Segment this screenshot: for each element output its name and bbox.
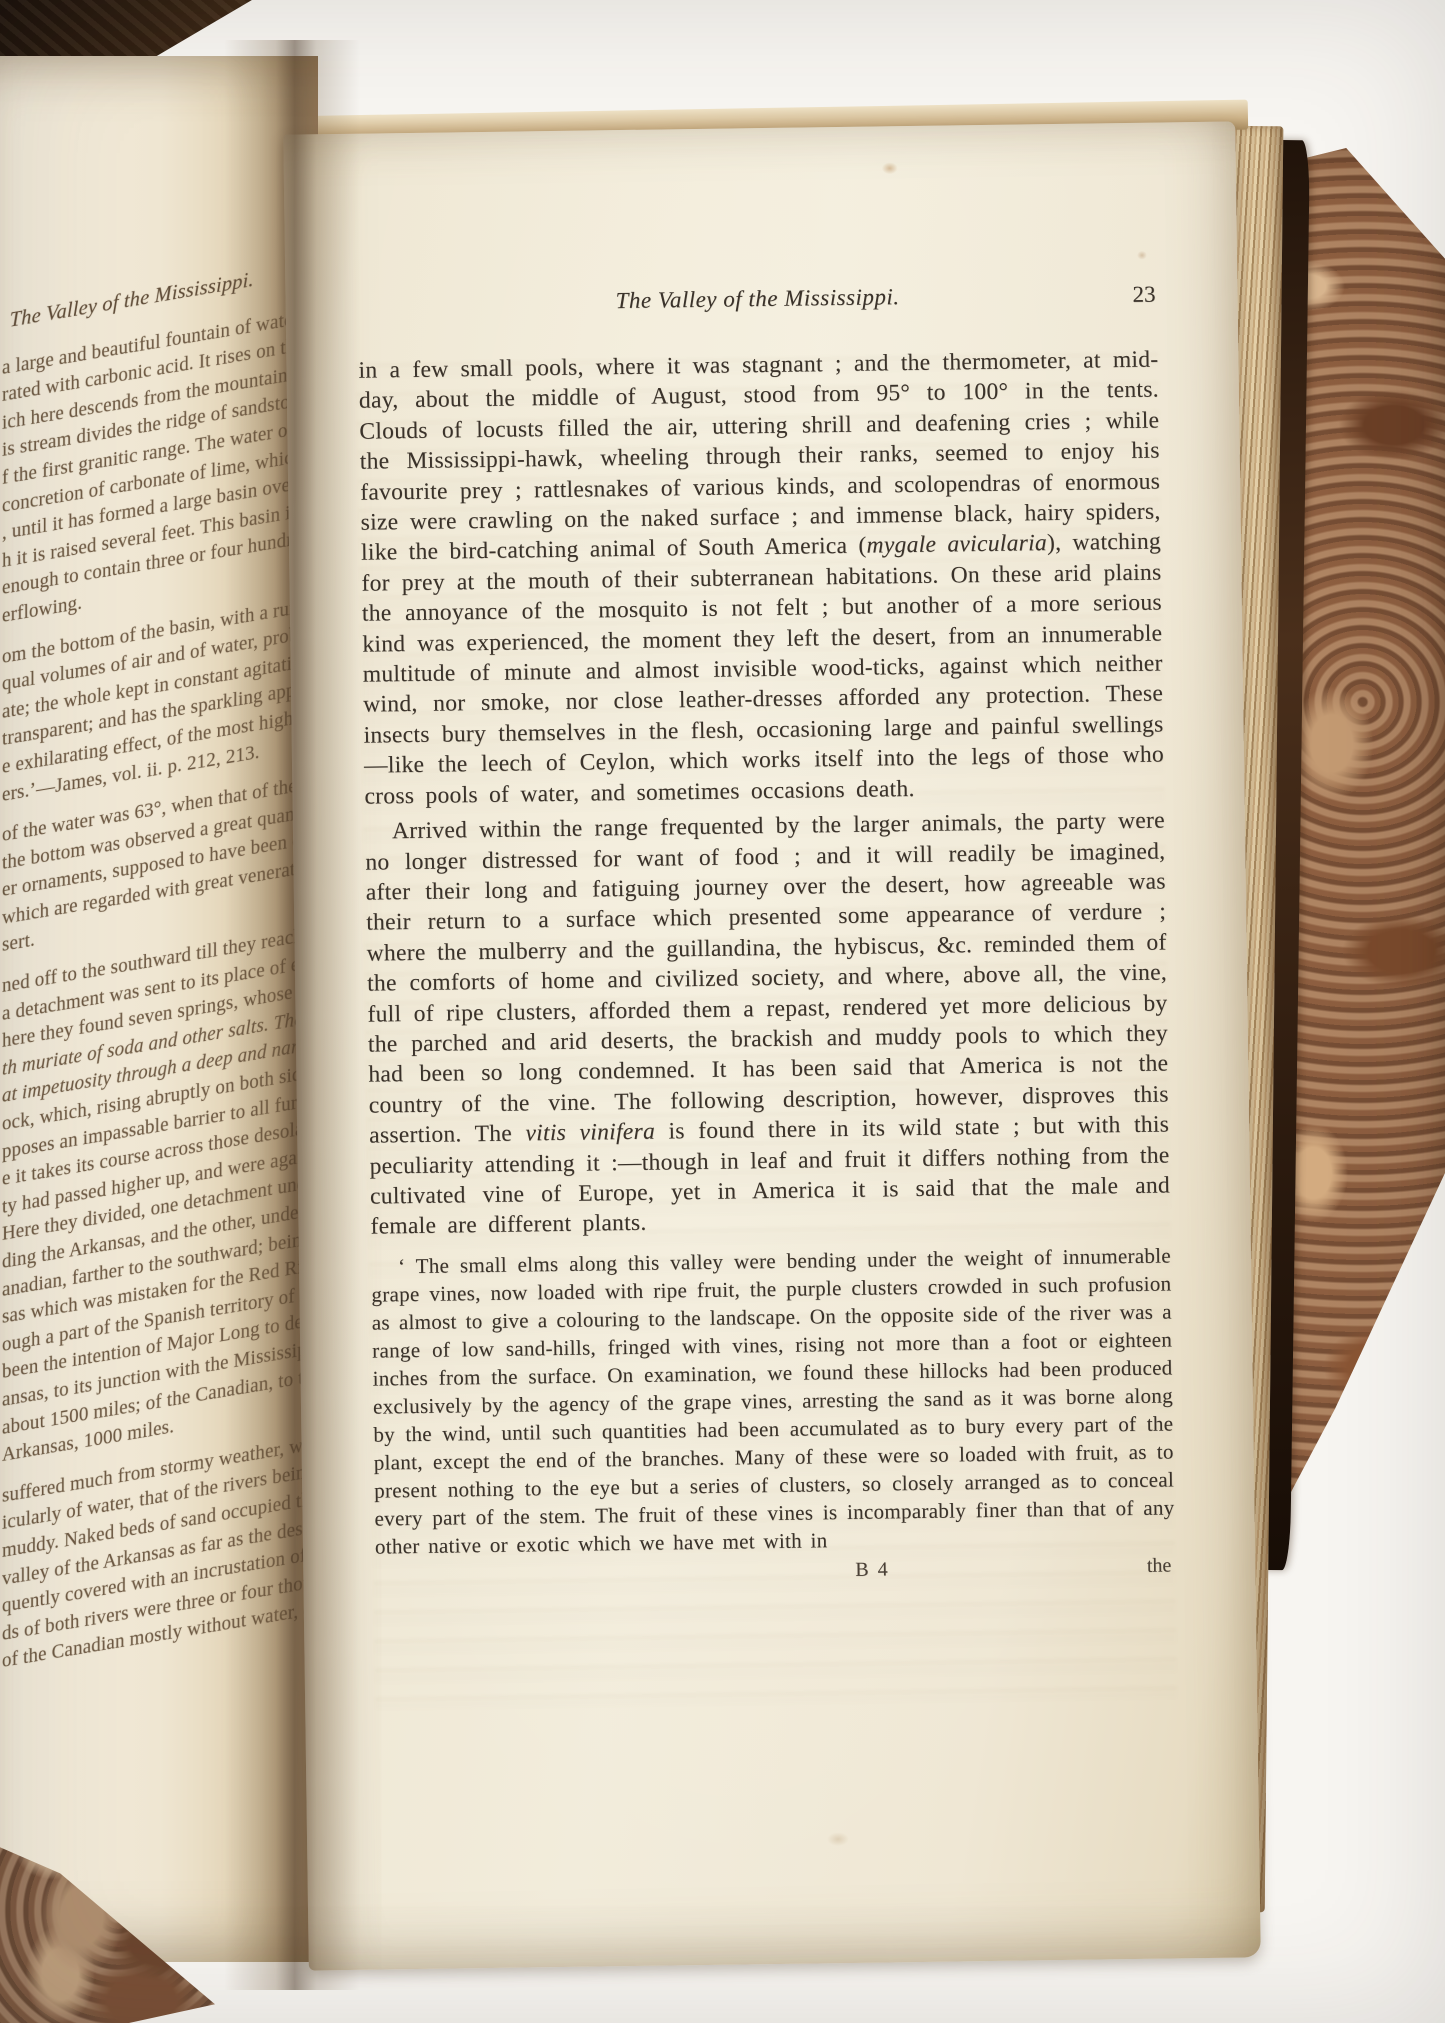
signature-mark: B 4 (855, 1558, 890, 1581)
text-run: ‘ The small elms along this valley were … (371, 1243, 1174, 1558)
book-photo: The Valley of the Mississippi. a large a… (0, 0, 1445, 2023)
text-run: mygale avicularia (866, 531, 1047, 560)
left-page: The Valley of the Mississippi. a large a… (0, 56, 318, 1962)
paragraph: Arrived within the range frequented by t… (365, 806, 1171, 1243)
paragraph: ‘ The small elms along this valley were … (371, 1241, 1175, 1560)
right-page: The Valley of the Mississippi. 23 in a f… (283, 121, 1261, 1970)
text-run: ), watching for prey at the mouth of the… (361, 529, 1164, 809)
right-page-text: The Valley of the Mississippi. 23 in a f… (357, 281, 1175, 1600)
right-page-body: in a few small pools, where it was stagn… (358, 345, 1175, 1561)
page-number: 23 (1132, 282, 1155, 308)
paragraph: in a few small pools, where it was stagn… (358, 345, 1164, 812)
text-run: vitis vinifera (525, 1119, 655, 1147)
text-run: Arrived within the range frequented by t… (365, 808, 1169, 1149)
catchword: the (1147, 1554, 1172, 1577)
